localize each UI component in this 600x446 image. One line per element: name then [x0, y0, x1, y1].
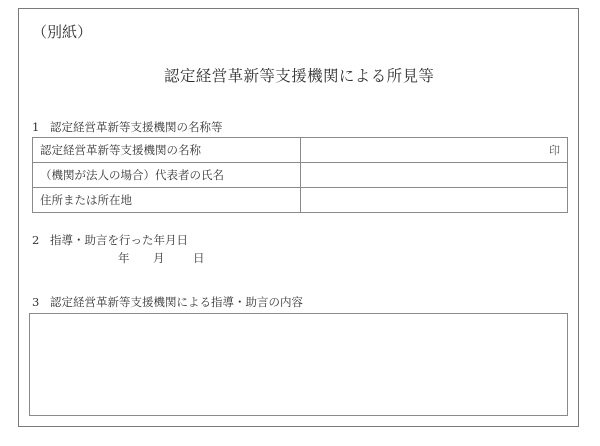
document-title: 認定経営革新等支援機関による所見等: [164, 64, 438, 86]
date-day-label: 日: [193, 250, 205, 266]
section-1-number: 1: [32, 120, 50, 134]
address-field[interactable]: [300, 188, 567, 213]
date-month-label: 月: [153, 250, 165, 266]
organization-info-table: 認定経営革新等支援機関の名称 印 （機関が法人の場合）代表者の氏名 住所または所…: [32, 137, 568, 213]
section-3-title: 認定経営革新等支援機関による指導・助言の内容: [50, 295, 303, 309]
section-3-number: 3: [32, 295, 50, 309]
address-label: 住所または所在地: [33, 188, 301, 213]
section-1-title: 認定経営革新等支援機関の名称等: [50, 120, 223, 134]
section-1-heading: 1認定経営革新等支援機関の名称等: [32, 119, 223, 135]
seal-mark: 印: [549, 144, 560, 157]
organization-name-field[interactable]: 印: [300, 138, 567, 163]
section-2-number: 2: [32, 233, 50, 247]
date-year-label: 年: [118, 250, 130, 266]
representative-name-label: （機関が法人の場合）代表者の氏名: [33, 163, 301, 188]
organization-name-label: 認定経営革新等支援機関の名称: [33, 138, 301, 163]
guidance-content-field[interactable]: [29, 313, 568, 416]
representative-name-field[interactable]: [300, 163, 567, 188]
table-row: 住所または所在地: [33, 188, 568, 213]
attachment-label: （別紙）: [32, 21, 92, 42]
table-row: （機関が法人の場合）代表者の氏名: [33, 163, 568, 188]
section-2-title: 指導・助言を行った年月日: [50, 233, 188, 247]
section-3-heading: 3認定経営革新等支援機関による指導・助言の内容: [32, 294, 303, 310]
section-2-heading: 2指導・助言を行った年月日: [32, 232, 188, 248]
table-row: 認定経営革新等支援機関の名称 印: [33, 138, 568, 163]
